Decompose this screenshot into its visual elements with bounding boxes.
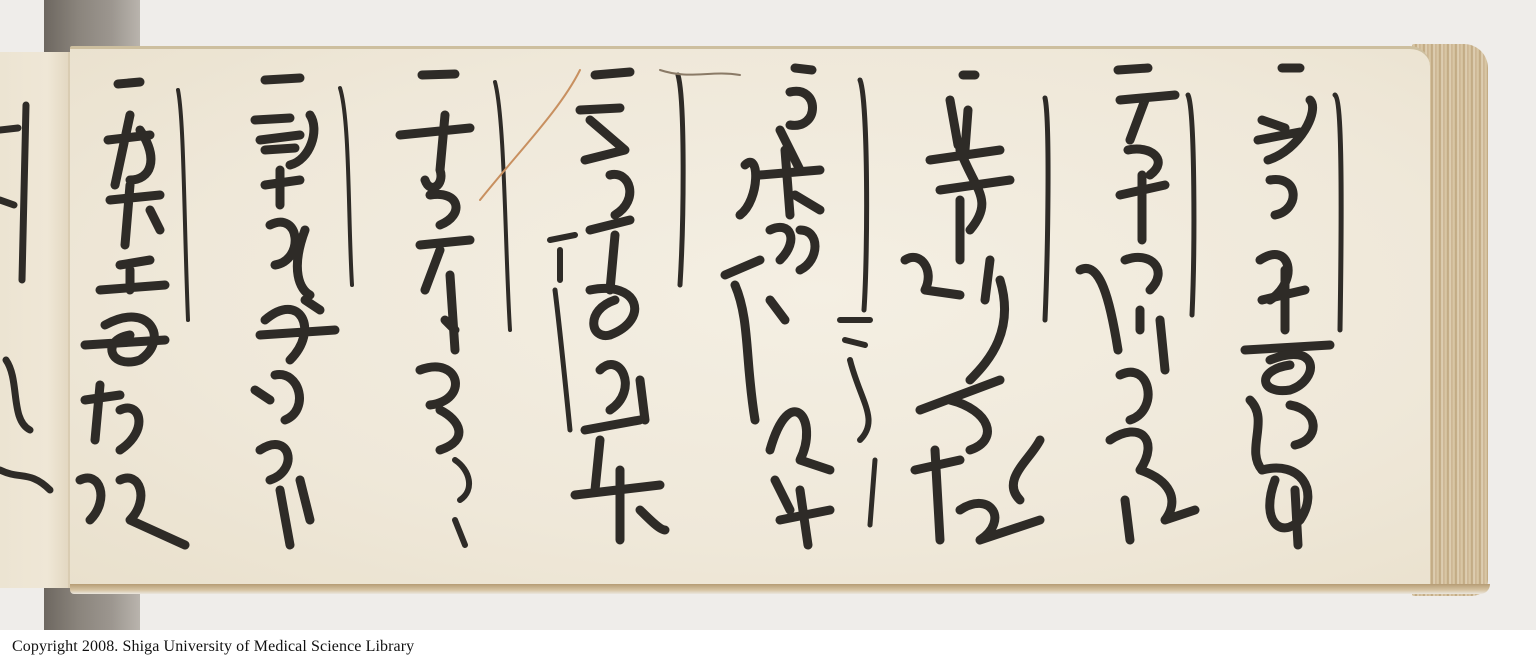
script-column-6 bbox=[400, 74, 510, 545]
manuscript-photo bbox=[0, 0, 1536, 630]
left-page-column bbox=[0, 105, 50, 490]
script-column-1 bbox=[1245, 68, 1341, 545]
copyright-caption: Copyright 2008. Shiga University of Medi… bbox=[12, 638, 414, 656]
script-column-8 bbox=[80, 82, 188, 545]
script-column-2 bbox=[1080, 68, 1195, 540]
script-column-5 bbox=[550, 72, 683, 540]
brush-script-columns bbox=[0, 0, 1536, 630]
loose-thread-2 bbox=[660, 70, 740, 75]
script-column-3 bbox=[905, 75, 1048, 540]
script-column-7 bbox=[255, 78, 352, 545]
script-column-4 bbox=[725, 68, 875, 545]
